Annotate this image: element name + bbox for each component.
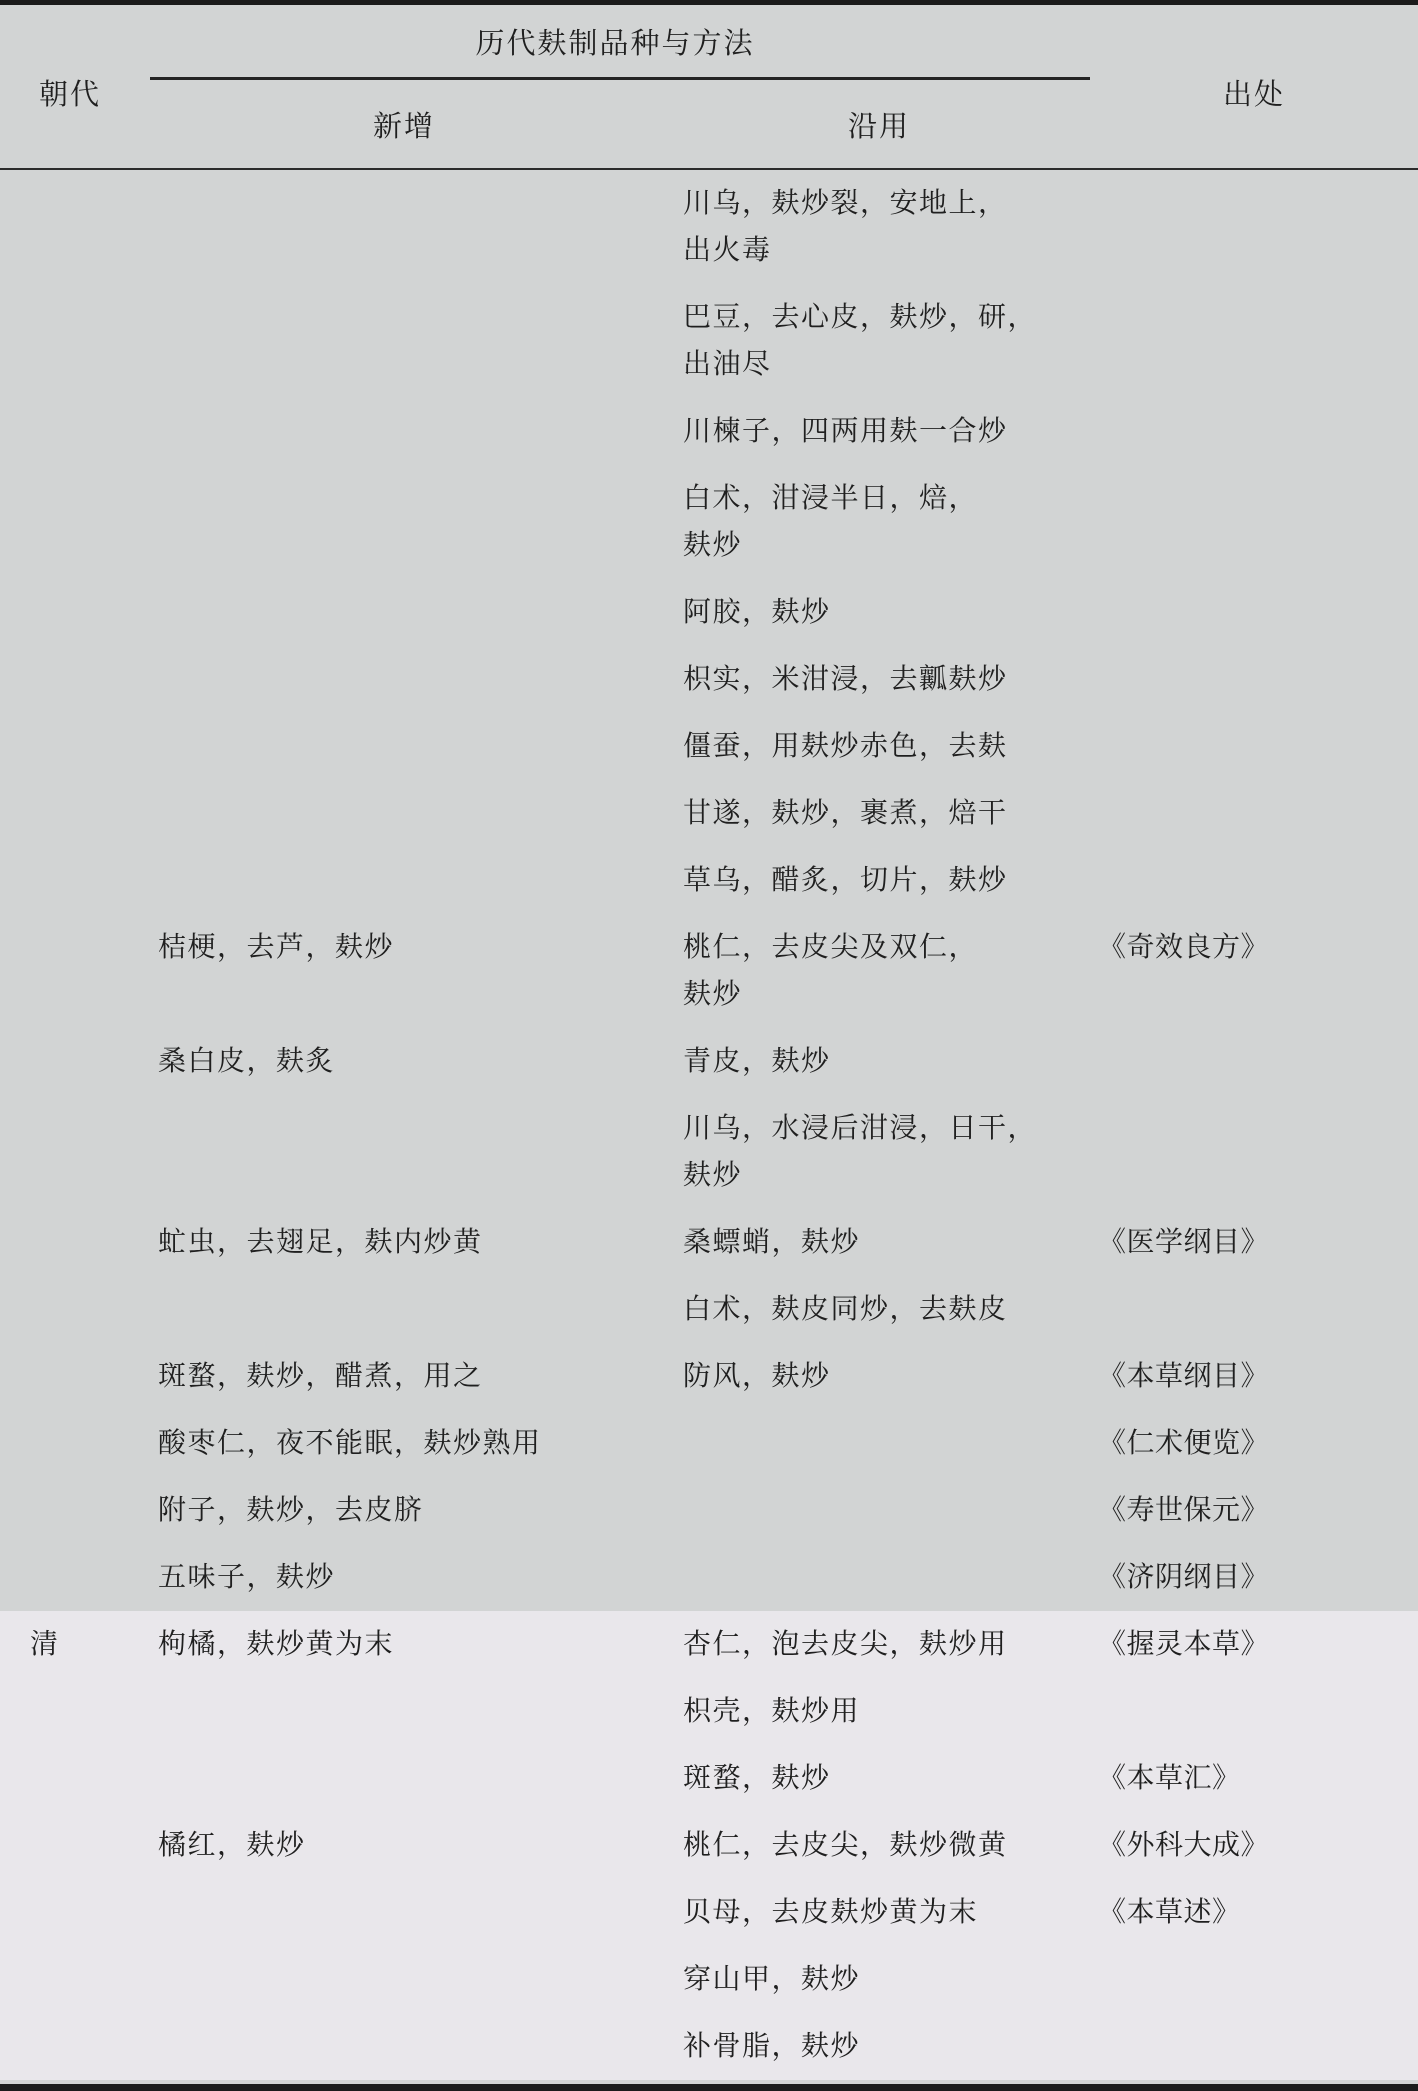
added-cell: 橘红，麸炒 bbox=[140, 1812, 668, 1879]
continued-cell: 枳实，米泔浸，去瓤麸炒 bbox=[668, 646, 1090, 713]
added-cell: 虻虫，去翅足，麸内炒黄 bbox=[140, 1209, 668, 1276]
dynasty-cell bbox=[0, 465, 140, 532]
scanned-table-page: 朝代 历代麸制品种与方法 新增 沿用 出处 川乌，麸炒裂，安地上， 出火毒 巴豆… bbox=[0, 0, 1418, 2091]
table-row: 甘遂，麸炒，裹煮，焙干 bbox=[0, 780, 1418, 847]
dynasty-cell bbox=[0, 1879, 140, 1946]
source-cell: 《本草述》 bbox=[1090, 1879, 1418, 1946]
source-cell bbox=[1090, 579, 1418, 646]
continued-cell: 川乌，麸炒裂，安地上， 出火毒 bbox=[668, 170, 1090, 284]
table-row: 桔梗，去芦，麸炒 桃仁，去皮尖及双仁， 麸炒 《奇效良方》 bbox=[0, 914, 1418, 1028]
source-cell bbox=[1090, 1276, 1418, 1343]
header-continued: 沿用 bbox=[668, 80, 1090, 168]
dynasty-cell bbox=[0, 646, 140, 713]
table-row: 白术，泔浸半日，焙， 麸炒 bbox=[0, 465, 1418, 579]
table-body: 川乌，麸炒裂，安地上， 出火毒 巴豆，去心皮，麸炒，研， 出油尽 川楝子，四两用… bbox=[0, 170, 1418, 2080]
section-qing: 清 枸橘，麸炒黄为末 杏仁，泡去皮尖，麸炒用 《握灵本草》 枳壳，麸炒用 斑蝥，… bbox=[0, 1611, 1418, 2080]
source-cell: 《奇效良方》 bbox=[1090, 914, 1418, 981]
source-cell: 《握灵本草》 bbox=[1090, 1611, 1418, 1678]
dynasty-cell bbox=[0, 780, 140, 847]
continued-cell: 草乌，醋炙，切片，麸炒 bbox=[668, 847, 1090, 914]
source-cell bbox=[1090, 170, 1418, 237]
continued-cell: 桑螵蛸，麸炒 bbox=[668, 1209, 1090, 1276]
table-row: 枳壳，麸炒用 bbox=[0, 1678, 1418, 1745]
table-row: 僵蚕，用麸炒赤色，去麸 bbox=[0, 713, 1418, 780]
table-row: 川乌，麸炒裂，安地上， 出火毒 bbox=[0, 170, 1418, 284]
added-cell: 枸橘，麸炒黄为末 bbox=[140, 1611, 668, 1678]
table-row: 清 枸橘，麸炒黄为末 杏仁，泡去皮尖，麸炒用 《握灵本草》 bbox=[0, 1611, 1418, 1678]
continued-cell: 白术，泔浸半日，焙， 麸炒 bbox=[668, 465, 1090, 579]
section-upper: 川乌，麸炒裂，安地上， 出火毒 巴豆，去心皮，麸炒，研， 出油尽 川楝子，四两用… bbox=[0, 170, 1418, 1611]
continued-cell: 川楝子，四两用麸一合炒 bbox=[668, 398, 1090, 465]
continued-cell: 阿胶，麸炒 bbox=[668, 579, 1090, 646]
added-cell bbox=[140, 284, 668, 351]
dynasty-cell bbox=[0, 914, 140, 981]
header-added: 新增 bbox=[140, 80, 668, 168]
table-row: 贝母，去皮麸炒黄为末 《本草述》 bbox=[0, 1879, 1418, 1946]
table-row: 草乌，醋炙，切片，麸炒 bbox=[0, 847, 1418, 914]
continued-cell: 斑蝥，麸炒 bbox=[668, 1745, 1090, 1812]
source-cell: 《外科大成》 bbox=[1090, 1812, 1418, 1879]
header-subcolumns: 新增 沿用 bbox=[140, 80, 1090, 168]
added-cell bbox=[140, 1095, 668, 1162]
dynasty-cell bbox=[0, 1745, 140, 1812]
table-row: 补骨脂，麸炒 bbox=[0, 2013, 1418, 2080]
header-group: 历代麸制品种与方法 新增 沿用 bbox=[140, 5, 1090, 168]
continued-cell: 穿山甲，麸炒 bbox=[668, 1946, 1090, 2013]
table-row: 川乌，水浸后泔浸，日干， 麸炒 bbox=[0, 1095, 1418, 1209]
added-cell bbox=[140, 1879, 668, 1946]
continued-cell bbox=[668, 1544, 1090, 1611]
continued-cell: 川乌，水浸后泔浸，日干， 麸炒 bbox=[668, 1095, 1090, 1209]
continued-cell: 桃仁，去皮尖及双仁， 麸炒 bbox=[668, 914, 1090, 1028]
source-cell: 《医学纲目》 bbox=[1090, 1209, 1418, 1276]
continued-cell: 补骨脂，麸炒 bbox=[668, 2013, 1090, 2080]
added-cell bbox=[140, 170, 668, 237]
dynasty-cell bbox=[0, 847, 140, 914]
dynasty-cell bbox=[0, 1028, 140, 1095]
source-cell: 《本草汇》 bbox=[1090, 1745, 1418, 1812]
table-row: 桑白皮，麸炙 青皮，麸炒 bbox=[0, 1028, 1418, 1095]
table-row: 斑蝥，麸炒 《本草汇》 bbox=[0, 1745, 1418, 1812]
table-row: 橘红，麸炒 桃仁，去皮尖，麸炒微黄 《外科大成》 bbox=[0, 1812, 1418, 1879]
continued-cell: 僵蚕，用麸炒赤色，去麸 bbox=[668, 713, 1090, 780]
source-cell bbox=[1090, 780, 1418, 847]
added-cell bbox=[140, 398, 668, 465]
added-cell: 附子，麸炒，去皮脐 bbox=[140, 1477, 668, 1544]
dynasty-cell: 清 bbox=[0, 1611, 140, 1678]
dynasty-cell bbox=[0, 1410, 140, 1477]
continued-cell bbox=[668, 1477, 1090, 1544]
source-cell bbox=[1090, 847, 1418, 914]
table-row: 巴豆，去心皮，麸炒，研， 出油尽 bbox=[0, 284, 1418, 398]
dynasty-cell bbox=[0, 1544, 140, 1611]
source-cell bbox=[1090, 713, 1418, 780]
dynasty-cell bbox=[0, 579, 140, 646]
header-group-title: 历代麸制品种与方法 bbox=[140, 5, 1090, 77]
table-row: 阿胶，麸炒 bbox=[0, 579, 1418, 646]
added-cell: 斑蝥，麸炒，醋煮，用之 bbox=[140, 1343, 668, 1410]
added-cell: 酸枣仁，夜不能眠，麸炒熟用 bbox=[140, 1410, 668, 1477]
added-cell bbox=[140, 1678, 668, 1745]
source-cell bbox=[1090, 398, 1418, 465]
added-cell bbox=[140, 579, 668, 646]
continued-cell: 桃仁，去皮尖，麸炒微黄 bbox=[668, 1812, 1090, 1879]
continued-cell: 巴豆，去心皮，麸炒，研， 出油尽 bbox=[668, 284, 1090, 398]
added-cell bbox=[140, 646, 668, 713]
source-cell: 《本草纲目》 bbox=[1090, 1343, 1418, 1410]
source-cell bbox=[1090, 1095, 1418, 1162]
added-cell bbox=[140, 847, 668, 914]
table-row: 附子，麸炒，去皮脐 《寿世保元》 bbox=[0, 1477, 1418, 1544]
table-row: 穿山甲，麸炒 bbox=[0, 1946, 1418, 2013]
header-dynasty: 朝代 bbox=[0, 5, 140, 168]
table-row: 虻虫，去翅足，麸内炒黄 桑螵蛸，麸炒 《医学纲目》 bbox=[0, 1209, 1418, 1276]
added-cell: 桑白皮，麸炙 bbox=[140, 1028, 668, 1095]
added-cell bbox=[140, 780, 668, 847]
table-row: 白术，麸皮同炒，去麸皮 bbox=[0, 1276, 1418, 1343]
added-cell bbox=[140, 2013, 668, 2080]
table-row: 川楝子，四两用麸一合炒 bbox=[0, 398, 1418, 465]
source-cell bbox=[1090, 2013, 1418, 2080]
added-cell bbox=[140, 1946, 668, 2013]
header-source: 出处 bbox=[1090, 5, 1418, 168]
dynasty-cell bbox=[0, 1946, 140, 2013]
added-cell bbox=[140, 465, 668, 532]
dynasty-cell bbox=[0, 1678, 140, 1745]
dynasty-cell bbox=[0, 284, 140, 351]
added-cell bbox=[140, 1745, 668, 1812]
source-cell bbox=[1090, 1678, 1418, 1745]
table-row: 五味子，麸炒 《济阴纲目》 bbox=[0, 1544, 1418, 1611]
continued-cell bbox=[668, 1410, 1090, 1477]
source-cell: 《济阴纲目》 bbox=[1090, 1544, 1418, 1611]
dynasty-cell bbox=[0, 1276, 140, 1343]
added-cell bbox=[140, 1276, 668, 1343]
source-cell: 《仁术便览》 bbox=[1090, 1410, 1418, 1477]
source-cell bbox=[1090, 465, 1418, 532]
dynasty-cell bbox=[0, 1095, 140, 1162]
table-row: 斑蝥，麸炒，醋煮，用之 防风，麸炒 《本草纲目》 bbox=[0, 1343, 1418, 1410]
dynasty-cell bbox=[0, 2013, 140, 2080]
dynasty-cell bbox=[0, 713, 140, 780]
source-cell bbox=[1090, 1946, 1418, 2013]
continued-cell: 杏仁，泡去皮尖，麸炒用 bbox=[668, 1611, 1090, 1678]
continued-cell: 贝母，去皮麸炒黄为末 bbox=[668, 1879, 1090, 1946]
continued-cell: 枳壳，麸炒用 bbox=[668, 1678, 1090, 1745]
continued-cell: 防风，麸炒 bbox=[668, 1343, 1090, 1410]
added-cell: 桔梗，去芦，麸炒 bbox=[140, 914, 668, 981]
dynasty-cell bbox=[0, 1209, 140, 1276]
dynasty-cell bbox=[0, 170, 140, 237]
source-cell: 《寿世保元》 bbox=[1090, 1477, 1418, 1544]
source-cell bbox=[1090, 284, 1418, 351]
continued-cell: 青皮，麸炒 bbox=[668, 1028, 1090, 1095]
added-cell: 五味子，麸炒 bbox=[140, 1544, 668, 1611]
source-cell bbox=[1090, 646, 1418, 713]
table-header: 朝代 历代麸制品种与方法 新增 沿用 出处 bbox=[0, 5, 1418, 170]
dynasty-cell bbox=[0, 1343, 140, 1410]
dynasty-cell bbox=[0, 1812, 140, 1879]
added-cell bbox=[140, 713, 668, 780]
dynasty-cell bbox=[0, 398, 140, 465]
table-row: 酸枣仁，夜不能眠，麸炒熟用 《仁术便览》 bbox=[0, 1410, 1418, 1477]
table-row: 枳实，米泔浸，去瓤麸炒 bbox=[0, 646, 1418, 713]
dynasty-cell bbox=[0, 1477, 140, 1544]
continued-cell: 甘遂，麸炒，裹煮，焙干 bbox=[668, 780, 1090, 847]
continued-cell: 白术，麸皮同炒，去麸皮 bbox=[668, 1276, 1090, 1343]
source-cell bbox=[1090, 1028, 1418, 1095]
